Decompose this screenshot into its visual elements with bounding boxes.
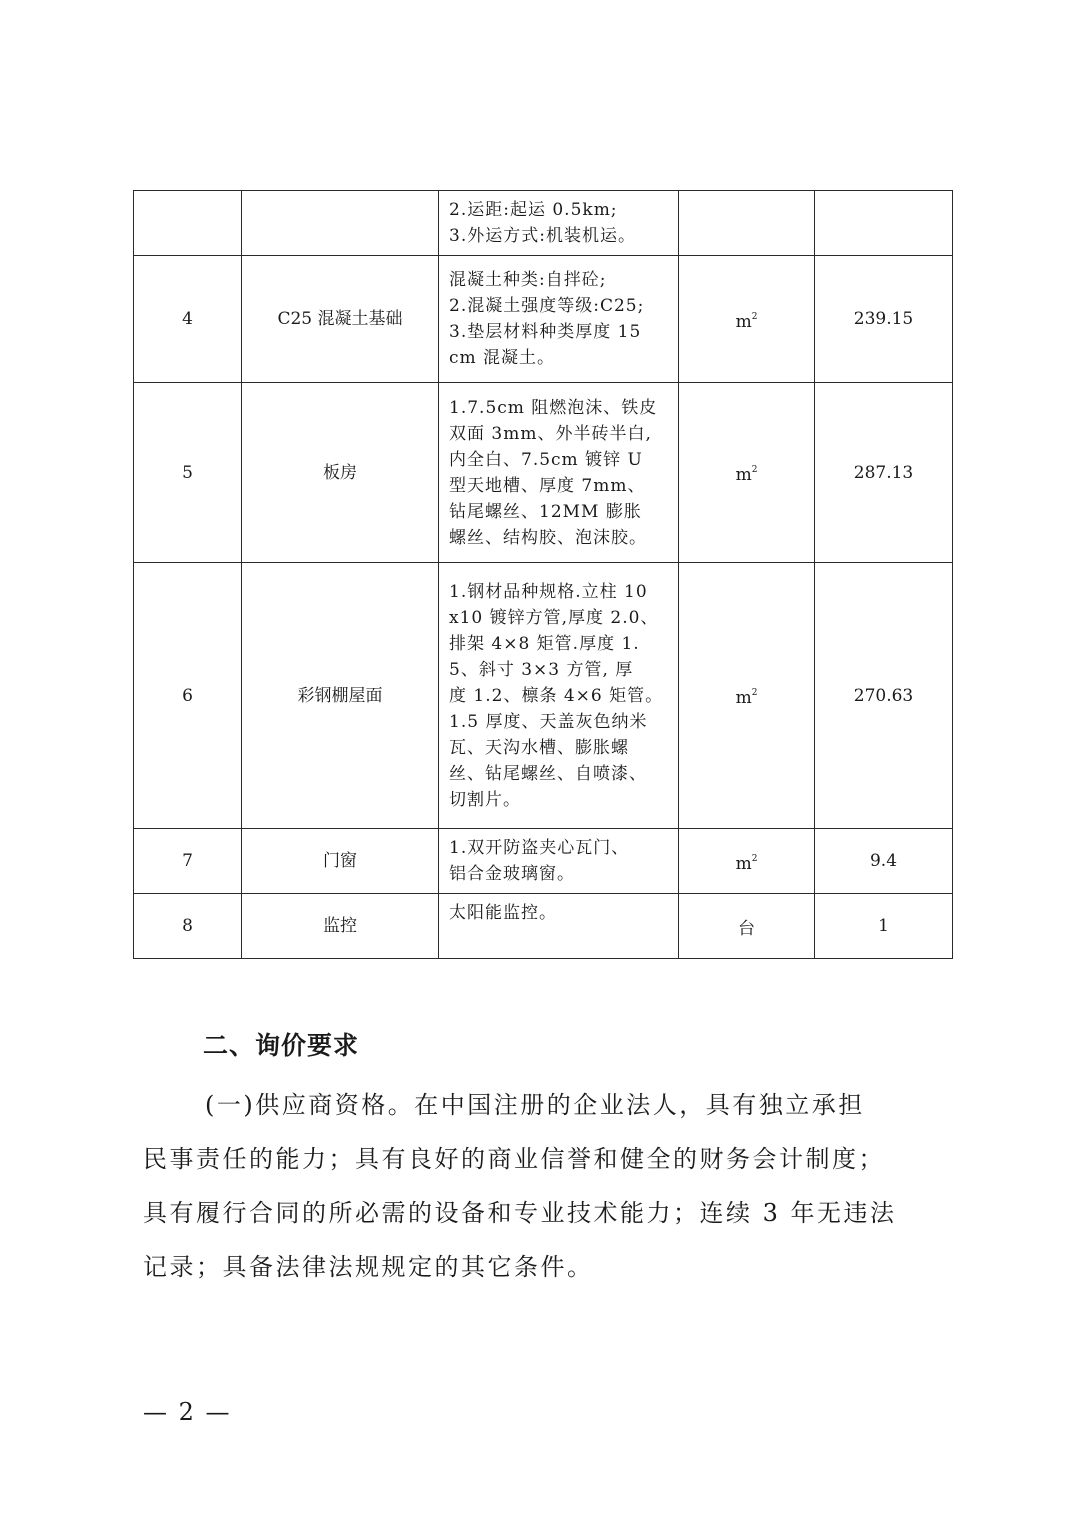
paragraph-line: (一)供应商资格。在中国注册的企业法人，具有独立承担 [143,1078,943,1132]
unit-superscript: 2 [752,465,758,475]
description-line: 铝合金玻璃窗。 [449,861,668,887]
description-line: 1.钢材品种规格.立柱 10 [449,579,668,605]
item-name-cell [242,191,439,256]
item-name-cell: 监控 [242,894,439,959]
page-number: — 2 — [143,1398,232,1426]
description-line: 1.7.5cm 阻燃泡沫、铁皮 [449,395,668,421]
section-heading: 二、询价要求 [203,1026,359,1062]
item-name-cell: 彩钢棚屋面 [242,563,439,829]
description-line: 丝、钻尾螺丝、自喷漆、 [449,761,668,787]
unit-text: m [736,688,752,708]
description-line: 2.运距:起运 0.5km; [449,197,668,223]
description-line: 切割片。 [449,787,668,813]
row-number-cell: 5 [134,383,242,563]
item-description-cell: 2.运距:起运 0.5km;3.外运方式:机装机运。 [439,191,679,256]
paragraph-line: 记录；具备法律法规规定的其它条件。 [143,1240,943,1294]
description-line: 2.混凝土强度等级:C25; [449,293,668,319]
quantity-cell: 9.4 [815,829,953,894]
unit-text: m [736,312,752,332]
item-description-cell: 1.钢材品种规格.立柱 10x10 镀锌方管,厚度 2.0、排架 4×8 矩管.… [439,563,679,829]
bill-of-quantities-table: 2.运距:起运 0.5km;3.外运方式:机装机运。4C25 混凝土基础混凝土种… [133,190,953,959]
description-line: 3.垫层材料种类厚度 15 [449,319,668,345]
description-line: x10 镀锌方管,厚度 2.0、 [449,605,668,631]
row-number-cell: 4 [134,256,242,383]
unit-superscript: 2 [752,312,758,322]
row-number-cell: 8 [134,894,242,959]
unit-text: m [736,854,752,874]
table-row: 7门窗1.双开防盗夹心瓦门、铝合金玻璃窗。m29.4 [134,829,953,894]
description-line: 型天地槽、厚度 7mm、 [449,473,668,499]
table-row: 5板房1.7.5cm 阻燃泡沫、铁皮双面 3mm、外半砖半白,内全白、7.5cm… [134,383,953,563]
table-body: 2.运距:起运 0.5km;3.外运方式:机装机运。4C25 混凝土基础混凝土种… [134,191,953,959]
quantity-cell [815,191,953,256]
description-line: 1.双开防盗夹心瓦门、 [449,835,668,861]
unit-cell [679,191,815,256]
unit-superscript: 2 [752,854,758,864]
unit-superscript: 2 [752,688,758,698]
description-line: 排架 4×8 矩管.厚度 1. [449,631,668,657]
table-row: 6彩钢棚屋面1.钢材品种规格.立柱 10x10 镀锌方管,厚度 2.0、排架 4… [134,563,953,829]
description-line: 3.外运方式:机装机运。 [449,223,668,249]
unit-cell: m2 [679,256,815,383]
table-row: 8监控太阳能监控。台1 [134,894,953,959]
description-line: 5、斜寸 3×3 方管, 厚 [449,657,668,683]
quantity-cell: 239.15 [815,256,953,383]
description-line: 双面 3mm、外半砖半白, [449,421,668,447]
description-line: 螺丝、结构胶、泡沫胶。 [449,525,668,551]
description-line: cm 混凝土。 [449,345,668,371]
unit-cell: m2 [679,563,815,829]
description-line: 太阳能监控。 [449,900,668,926]
table-row: 4C25 混凝土基础混凝土种类:自拌砼;2.混凝土强度等级:C25;3.垫层材料… [134,256,953,383]
supplier-qualification-paragraph: (一)供应商资格。在中国注册的企业法人，具有独立承担 民事责任的能力；具有良好的… [143,1078,943,1294]
quantity-cell: 287.13 [815,383,953,563]
item-description-cell: 混凝土种类:自拌砼;2.混凝土强度等级:C25;3.垫层材料种类厚度 15cm … [439,256,679,383]
row-number-cell [134,191,242,256]
item-description-cell: 1.7.5cm 阻燃泡沫、铁皮双面 3mm、外半砖半白,内全白、7.5cm 镀锌… [439,383,679,563]
description-line: 瓦、天沟水槽、膨胀螺 [449,735,668,761]
description-line: 内全白、7.5cm 镀锌 U [449,447,668,473]
row-number-cell: 7 [134,829,242,894]
paragraph-line: 民事责任的能力；具有良好的商业信誉和健全的财务会计制度； [143,1132,943,1186]
item-name-cell: C25 混凝土基础 [242,256,439,383]
unit-cell: m2 [679,829,815,894]
item-description-cell: 1.双开防盗夹心瓦门、铝合金玻璃窗。 [439,829,679,894]
quantity-cell: 270.63 [815,563,953,829]
description-line: 度 1.2、檩条 4×6 矩管。 [449,683,668,709]
item-description-cell: 太阳能监控。 [439,894,679,959]
description-line: 钻尾螺丝、12MM 膨胀 [449,499,668,525]
paragraph-line: 具有履行合同的所必需的设备和专业技术能力；连续 3 年无违法 [143,1186,943,1240]
unit-text: 台 [738,919,755,939]
description-line: 1.5 厚度、天盖灰色纳米 [449,709,668,735]
unit-cell: 台 [679,894,815,959]
description-line: 混凝土种类:自拌砼; [449,267,668,293]
item-name-cell: 门窗 [242,829,439,894]
item-name-cell: 板房 [242,383,439,563]
row-number-cell: 6 [134,563,242,829]
quantity-cell: 1 [815,894,953,959]
table-row: 2.运距:起运 0.5km;3.外运方式:机装机运。 [134,191,953,256]
unit-text: m [736,465,752,485]
unit-cell: m2 [679,383,815,563]
